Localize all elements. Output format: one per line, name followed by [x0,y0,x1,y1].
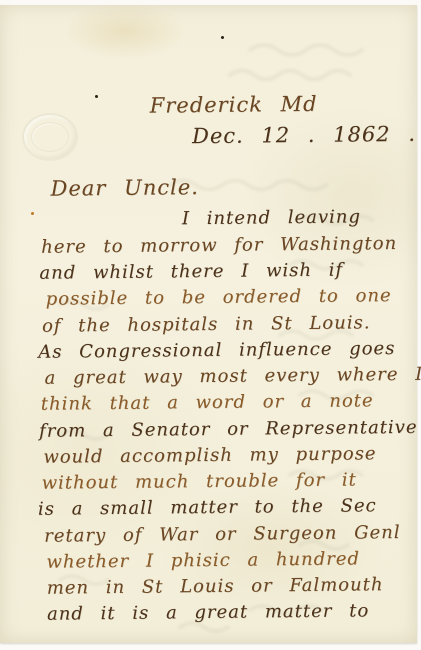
letter-line: and whilst there I wish if [39,260,343,284]
letter-line: think that a word or a note [41,390,374,414]
letter-line: from a Senator or Representative [39,417,418,442]
letter-line: retary of War or Surgeon Genl [44,522,401,547]
letter-line: As Congressional influence goes [38,338,395,363]
date-line: Dec. 12 . 1862 . [192,122,416,148]
letter-line: whether I phisic a hundred [46,548,360,572]
letter-line: here to morrow for Washington [41,233,397,258]
letter-line: a great way most every where I [44,364,421,389]
letter-line: I intend leaving [182,206,361,229]
letter-line: and it is a great matter to [47,600,369,624]
letter-line: men in St Louis or Falmouth [47,574,384,599]
letter-line: possible to be ordered to one [46,285,392,310]
scanned-letter: Frederick Md Dec. 12 . 1862 . Dear Uncle… [0,0,421,650]
salutation: Dear Uncle. [50,175,199,201]
letter-page: Frederick Md Dec. 12 . 1862 . Dear Uncle… [0,5,417,643]
letter-line: without much trouble for it [42,469,357,493]
letter-line: of the hospitals in St Louis. [42,312,371,336]
place-line: Frederick Md [150,92,318,118]
letter-line: is a small matter to the Sec [38,495,377,520]
letter-line: would accomplish my purpose [43,443,376,467]
handwriting-layer: Frederick Md Dec. 12 . 1862 . Dear Uncle… [0,3,420,645]
